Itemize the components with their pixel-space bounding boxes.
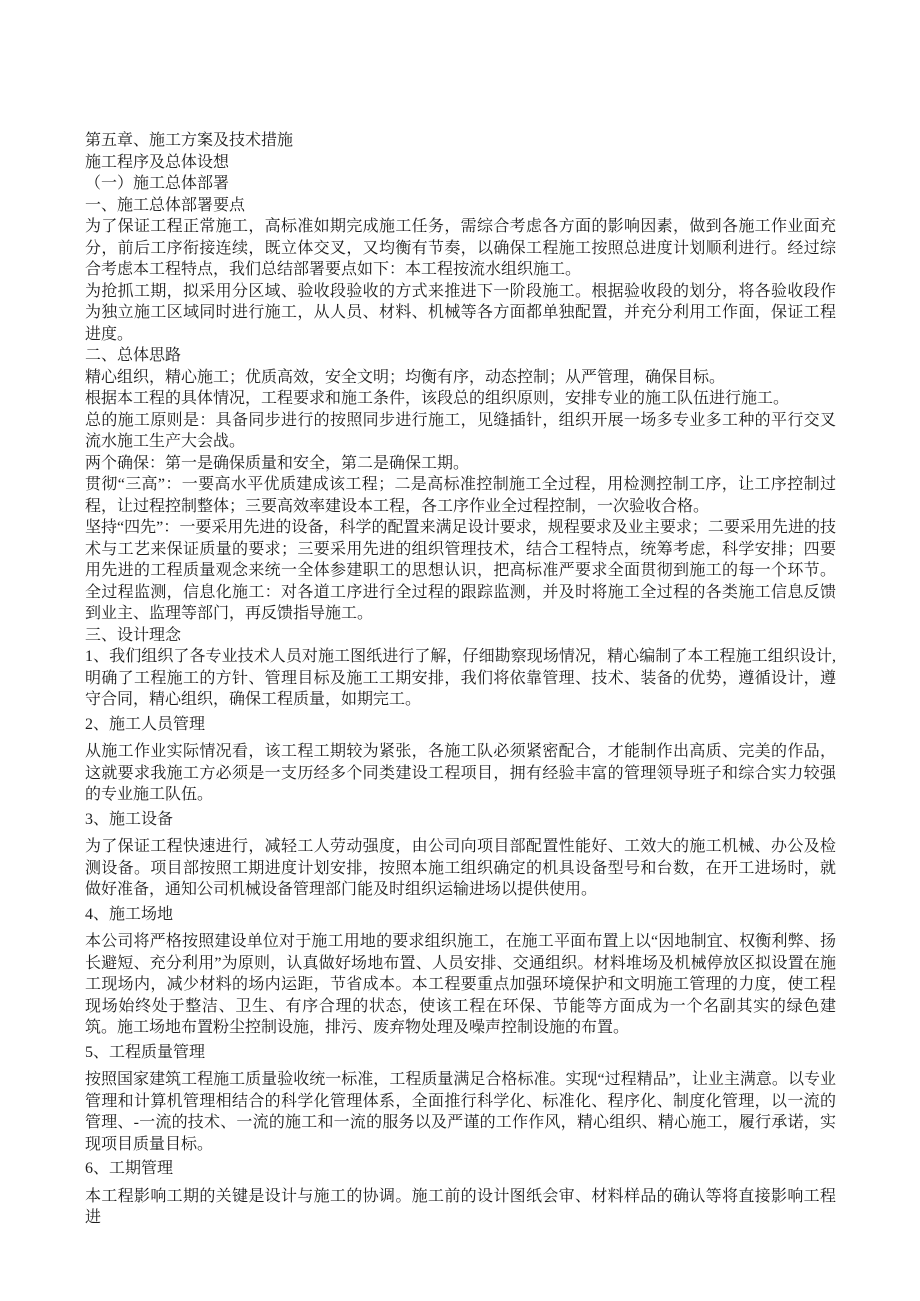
document-paragraph: 为了保证工程正常施工，高标准如期完成施工任务，需综合考虑各方面的影响因素，做到各… xyxy=(85,216,836,281)
document-paragraph: 精心组织，精心施工；优质高效，安全文明；均衡有序，动态控制；从严管理，确保目标。 xyxy=(85,367,836,389)
document-paragraph: 根据本工程的具体情况，工程要求和施工条件，该段总的组织原则，安排专业的施工队伍进… xyxy=(85,388,836,410)
document-paragraph: 为了保证工程快速进行，减轻工人劳动强度，由公司向项目部配置性能好、工效大的施工机… xyxy=(85,836,836,901)
document-paragraph: 1、我们组织了各专业技术人员对施工图纸进行了解，仔细勘察现场情况，精心编制了本工… xyxy=(85,646,836,711)
document-paragraph: 按照国家建筑工程施工质量验收统一标准，工程质量满足合格标准。实现“过程精品”，让… xyxy=(85,1069,836,1155)
document-paragraph: 总的施工原则是：具备同步进行的按照同步进行施工，见缝插针，组织开展一场多专业多工… xyxy=(85,410,836,453)
section-heading: 2、施工人员管理 xyxy=(85,714,836,736)
section-heading: 5、工程质量管理 xyxy=(85,1042,836,1064)
document-paragraph: 二、总体思路 xyxy=(85,345,836,367)
document-paragraph: 为抢抓工期，拟采用分区域、验收段验收的方式来推进下一阶段施工。根据验收段的划分，… xyxy=(85,281,836,346)
document-paragraph: 第五章、施工方案及技术措施 xyxy=(85,130,836,152)
document-page: 第五章、施工方案及技术措施施工程序及总体设想（一）施工总体部署一、施工总体部署要… xyxy=(85,130,836,1229)
document-paragraph: 坚持“四先”：一要采用先进的设备，科学的配置来满足设计要求，规程要求及业主要求；… xyxy=(85,517,836,625)
document-paragraph: 三、设计理念 xyxy=(85,625,836,647)
document-paragraph: 一、施工总体部署要点 xyxy=(85,195,836,217)
document-paragraph: 从施工作业实际情况看，该工程工期较为紧张，各施工队必须紧密配合，才能制作出高质、… xyxy=(85,741,836,806)
section-heading: 4、施工场地 xyxy=(85,904,836,926)
document-paragraph: 本工程影响工期的关键是设计与施工的协调。施工前的设计图纸会审、材料样品的确认等将… xyxy=(85,1186,836,1229)
section-heading: 6、工期管理 xyxy=(85,1158,836,1180)
document-paragraph: 两个确保：第一是确保质量和安全，第二是确保工期。 xyxy=(85,453,836,475)
document-paragraph: 本公司将严格按照建设单位对于施工用地的要求组织施工，在施工平面布置上以“因地制宜… xyxy=(85,931,836,1039)
document-paragraph: 施工程序及总体设想 xyxy=(85,152,836,174)
section-heading: 3、施工设备 xyxy=(85,809,836,831)
document-body: 第五章、施工方案及技术措施施工程序及总体设想（一）施工总体部署一、施工总体部署要… xyxy=(85,130,836,1229)
document-paragraph: 贯彻“三高”：一要高水平优质建成该工程；二是高标准控制施工全过程，用检测控制工序… xyxy=(85,474,836,517)
document-paragraph: （一）施工总体部署 xyxy=(85,173,836,195)
